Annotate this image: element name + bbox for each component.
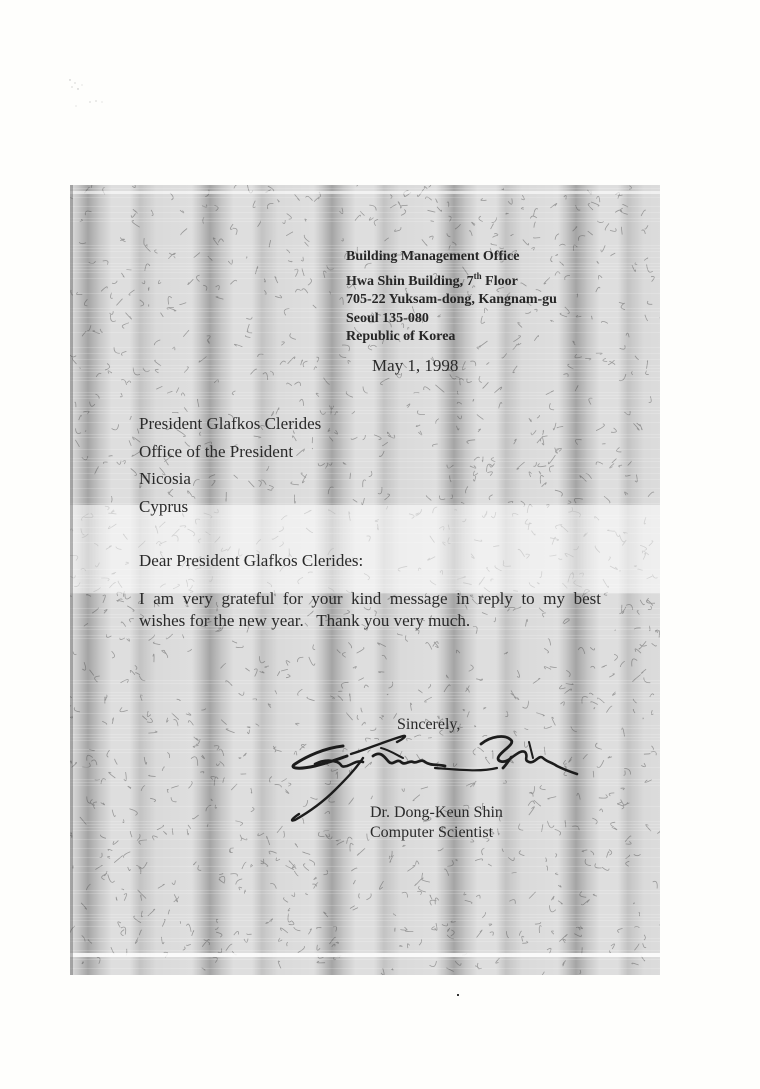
signatory-title: Computer Scientist	[370, 823, 503, 843]
recipient-address: President Glafkos Clerides Office of the…	[139, 410, 321, 520]
sender-city: Seoul 135-080	[346, 310, 557, 329]
scan-speck	[457, 994, 459, 996]
letter-date: May 1, 1998	[372, 356, 458, 376]
sender-address: Building Management Office Hwa Shin Buil…	[346, 248, 557, 347]
scan-speckles	[60, 75, 120, 115]
ordinal-superscript: th	[474, 271, 482, 281]
recipient-office: Office of the President	[139, 438, 321, 466]
recipient-country: Cyprus	[139, 493, 321, 521]
body-line-1: I am very grateful for your kind message…	[139, 588, 601, 610]
sender-building: Hwa Shin Building, 7th Floor	[346, 267, 557, 292]
scan-top-edge	[70, 191, 660, 194]
scan-bottom-stripe	[70, 953, 660, 957]
scan-left-edge	[70, 185, 73, 975]
signatory-name: Dr. Dong-Keun Shin	[370, 803, 503, 823]
sender-country: Republic of Korea	[346, 328, 557, 347]
letter-body: I am very grateful for your kind message…	[139, 588, 601, 632]
recipient-name: President Glafkos Clerides	[139, 410, 321, 438]
sender-street: 705-22 Yuksam-dong, Kangnam-gu	[346, 291, 557, 310]
recipient-city: Nicosia	[139, 465, 321, 493]
signatory: Dr. Dong-Keun Shin Computer Scientist	[370, 803, 503, 843]
body-line-2: wishes for the new year. Thank you very …	[139, 610, 601, 632]
salutation: Dear President Glafkos Clerides:	[139, 551, 363, 571]
sender-office: Building Management Office	[346, 248, 557, 267]
